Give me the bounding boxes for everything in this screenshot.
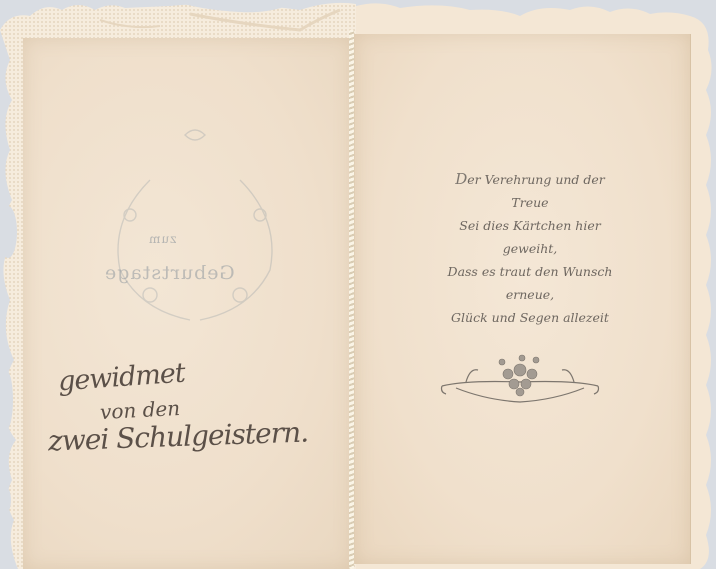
bleed-through-text-geburtstage: Geburtstage bbox=[104, 262, 235, 284]
bleed-through-wreath bbox=[90, 120, 300, 330]
poem-line-1: Der Verehrung und der bbox=[410, 168, 650, 191]
poem-line-2: Treue bbox=[410, 191, 650, 214]
poem-line-1-text: er Verehrung und der bbox=[467, 172, 605, 187]
floral-ornament-icon bbox=[436, 352, 604, 412]
bleed-through-text-zum: zum bbox=[148, 232, 176, 246]
binding-cord bbox=[349, 30, 354, 569]
poem-line-7: Glück und Segen allezeit bbox=[410, 306, 650, 329]
poem-line-4: geweiht, bbox=[410, 237, 650, 260]
poem-initial-capital: D bbox=[455, 170, 467, 188]
poem-line-5: Dass es traut den Wunsch bbox=[410, 260, 650, 283]
poem-line-3: Sei dies Kärtchen hier bbox=[410, 214, 650, 237]
printed-poem: Der Verehrung und der Treue Sei dies Kär… bbox=[410, 168, 650, 329]
poem-line-6: erneue, bbox=[410, 283, 650, 306]
